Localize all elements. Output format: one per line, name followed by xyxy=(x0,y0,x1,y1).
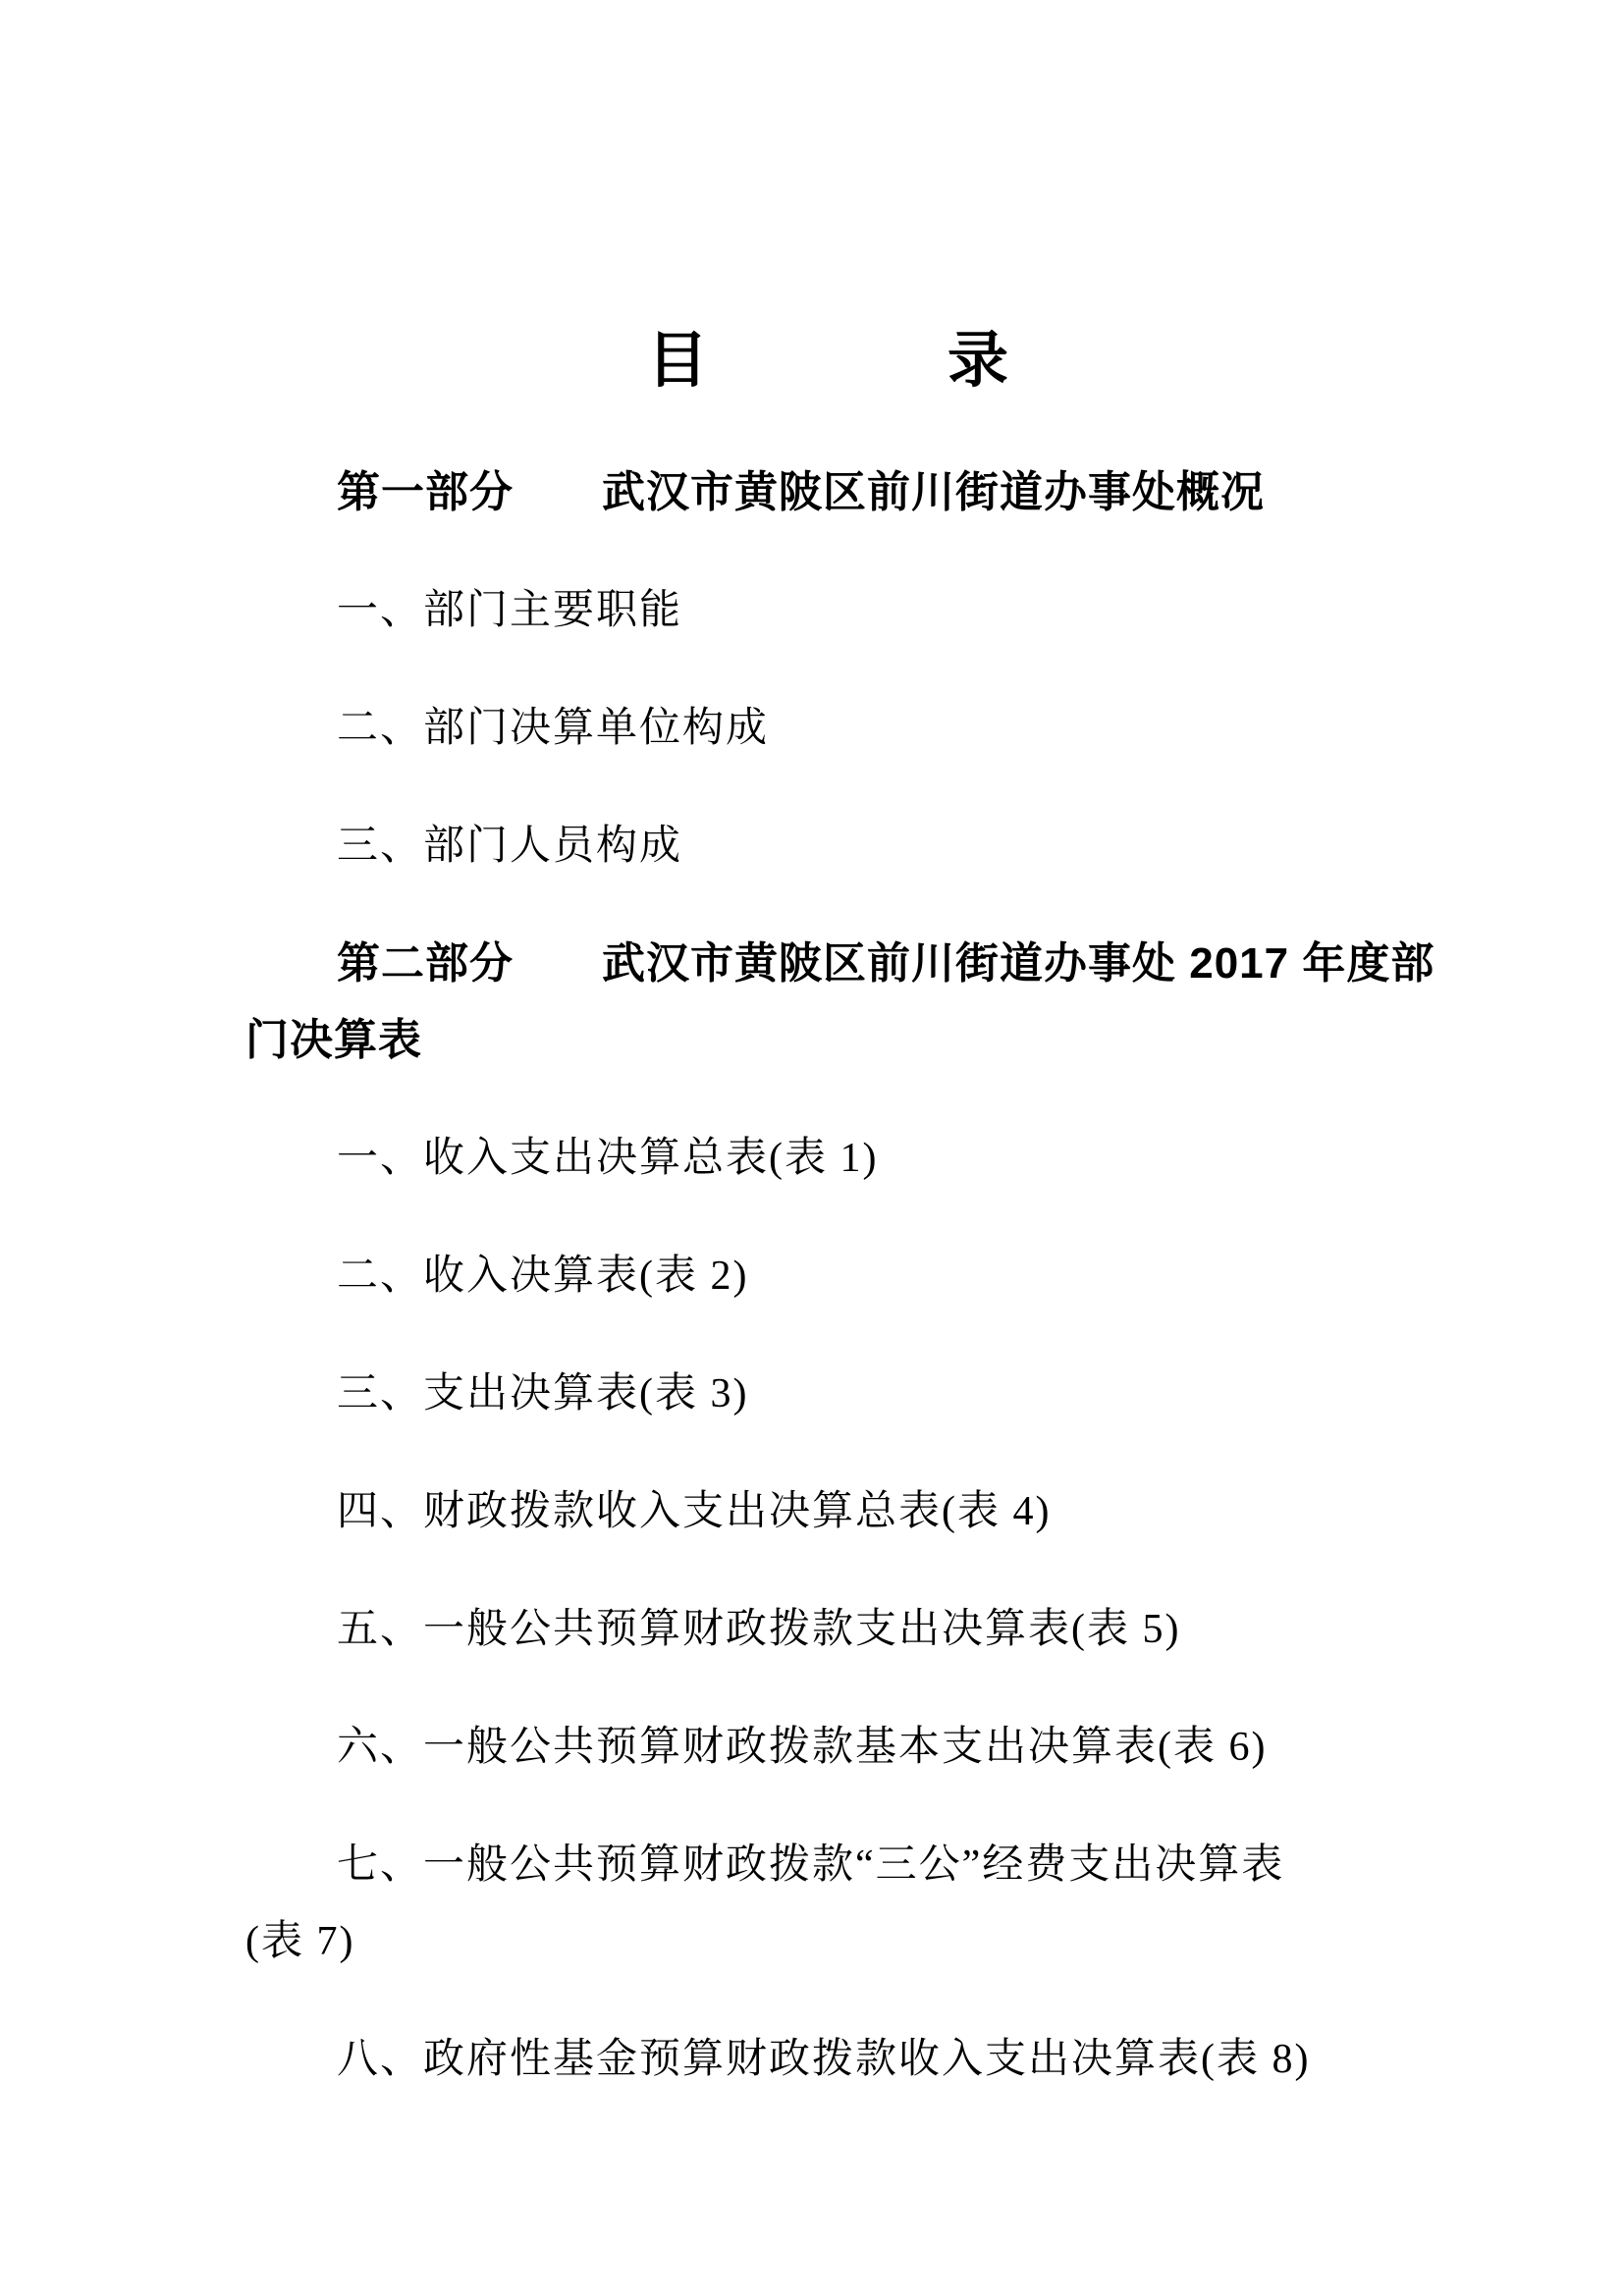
toc-item-text: 八、政府性基金预算财政拨款收入支出决算表(表 8) xyxy=(337,2037,1310,2082)
section-2-heading: 第二部分 武汉市黄陂区前川街道办事处 2017 年度部 门决算表 xyxy=(245,926,1379,1079)
toc-item-text: 三、部门人员构成 xyxy=(337,824,682,869)
toc-item-table-3: 三、支出决算表(表 3) xyxy=(245,1356,1379,1432)
toc-item-text: 三、支出决算表(表 3) xyxy=(337,1371,748,1416)
toc-item-text-line-2: (表 7) xyxy=(245,1919,354,1964)
toc-item-text: 五、一般公共预算财政拨款支出决算表(表 5) xyxy=(337,1607,1180,1652)
section-2-heading-line-2: 门决算表 xyxy=(245,1016,422,1064)
toc-item-text: 四、财政拨款收入支出决算总表(表 4) xyxy=(337,1489,1051,1534)
toc-item-table-7: 七、一般公共预算财政拨款“三公”经费支出决算表 (表 7) xyxy=(245,1827,1379,1980)
toc-item-table-8: 八、政府性基金预算财政拨款收入支出决算表(表 8) xyxy=(245,2021,1379,2098)
toc-item-text: 六、一般公共预算财政拨款基本支出决算表(表 6) xyxy=(337,1725,1267,1770)
toc-item-text: 一、部门主要职能 xyxy=(337,588,682,633)
toc-title-char-lu: 录 xyxy=(947,327,1008,395)
toc-item-table-4: 四、财政拨款收入支出决算总表(表 4) xyxy=(245,1473,1379,1550)
document-page: 目录 第一部分 武汉市黄陂区前川街道办事处概况 一、部门主要职能 二、部门决算单… xyxy=(0,0,1624,2296)
toc-item-table-6: 六、一般公共预算财政拨款基本支出决算表(表 6) xyxy=(245,1709,1379,1786)
section-1-heading: 第一部分 武汉市黄陂区前川街道办事处概况 xyxy=(245,454,1379,531)
toc-item-text-line-1: 七、一般公共预算财政拨款“三公”经费支出决算表 xyxy=(337,1842,1284,1888)
toc-title-char-mu: 目 xyxy=(647,327,708,395)
section-1-heading-text: 第一部分 武汉市黄陂区前川街道办事处概况 xyxy=(337,468,1265,516)
toc-item-text: 二、收入决算表(表 2) xyxy=(337,1254,748,1299)
toc-item-dept-functions: 一、部门主要职能 xyxy=(245,572,1379,649)
toc-item-table-1: 一、收入支出决算总表(表 1) xyxy=(245,1120,1379,1197)
toc-item-table-5: 五、一般公共预算财政拨款支出决算表(表 5) xyxy=(245,1591,1379,1668)
toc-item-dept-units: 二、部门决算单位构成 xyxy=(245,690,1379,767)
toc-item-text: 一、收入支出决算总表(表 1) xyxy=(337,1136,878,1181)
toc-title: 目录 xyxy=(261,327,1394,396)
toc-item-text: 二、部门决算单位构成 xyxy=(337,706,769,751)
toc-item-table-2: 二、收入决算表(表 2) xyxy=(245,1238,1379,1314)
section-2-heading-line-1: 第二部分 武汉市黄陂区前川街道办事处 2017 年度部 xyxy=(337,939,1435,988)
toc-title-gap xyxy=(708,380,947,381)
toc-item-dept-staff: 三、部门人员构成 xyxy=(245,808,1379,884)
